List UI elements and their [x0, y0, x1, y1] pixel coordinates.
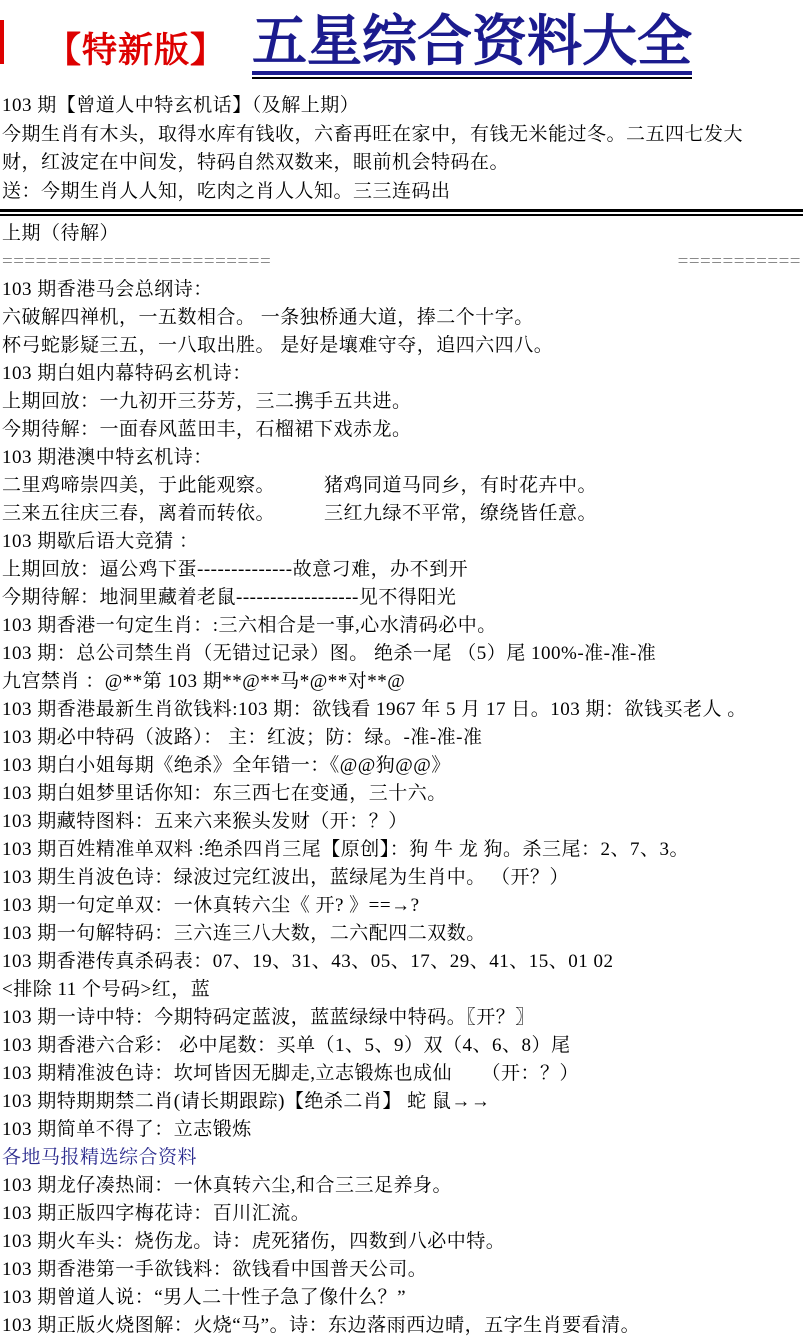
body-line: 103 期香港最新生肖欲钱料:103 期：欲钱看 1967 年 5 月 17 日…	[0, 696, 803, 724]
body-line: 九宫禁肖 ：@**第 103 期**@**马*@**对**@	[0, 668, 803, 696]
edition-badge: 【特新版】	[46, 23, 226, 73]
body-line: 103 期曾道人说：“男人二十性子急了像什么？”	[0, 1284, 803, 1312]
body-line: 103 期港澳中特玄机诗：	[0, 444, 803, 472]
body-line: 103 期正版四字梅花诗：百川汇流。	[0, 1200, 803, 1228]
red-accent-bar	[0, 20, 4, 64]
body-line: 103 期一句定单双：一休真转六尘《 开? 》==→?	[0, 892, 803, 920]
body-line: 103 期精准波色诗：坎坷皆因无脚走,立志锻炼也成仙 （开：？）	[0, 1060, 803, 1088]
body-line: 上期回放：一九初开三芬芳，三二携手五共进。	[0, 388, 803, 416]
body-line: 二里鸡啼崇四美，于此能观察。 猪鸡同道马同乡，有时花卉中。	[0, 472, 803, 500]
body-line: 今期待解：一面春风蓝田丰，石榴裙下戏赤龙。	[0, 416, 803, 444]
body-line: 103 期龙仔凑热闹：一休真转六尘,和合三三足养身。	[0, 1172, 803, 1200]
body-line: 103 期香港一句定生肖：:三六相合是一事,心水清码必中。	[0, 612, 803, 640]
equals-divider: ======================== ===========	[0, 248, 803, 276]
body-line: <排除 11 个号码>红，蓝	[0, 976, 803, 1004]
body-line: 103 期白小姐每期《绝杀》全年错一：《@@狗@@》	[0, 752, 803, 780]
intro-line: 今期生肖有木头，取得水库有钱收，六畜再旺在家中，有钱无米能过冬。二五四七发大	[0, 121, 803, 150]
body-line: 103 期香港第一手欲钱料：欲钱看中国普天公司。	[0, 1256, 803, 1284]
body-line: 103 期香港马会总纲诗：	[0, 276, 803, 304]
body-line: 六破解四禅机，一五数相合。 一条独桥通大道，捧二个十字。	[0, 304, 803, 332]
body-line: 103 期百姓精准单双料 :绝杀四肖三尾【原创】：狗 牛 龙 狗。杀三尾：2、7…	[0, 836, 803, 864]
body-line: 103 期火车头：烧伤龙。诗：虎死猪伤，四数到八必中特。	[0, 1228, 803, 1256]
pending-label: 上期（待解）	[0, 220, 803, 248]
body-line: 103 期一句解特码：三六连三八大数，二六配四二双数。	[0, 920, 803, 948]
body-line: 103 期：总公司禁生肖（无错过记录）图。 绝杀一尾 （5）尾 100%-准-准…	[0, 640, 803, 668]
page-title-underline: 五星综合资料大全	[252, 13, 692, 80]
body-line: 103 期正版火烧图解：火烧“马”。诗：东边落雨西边晴，五字生肖要看清。	[0, 1312, 803, 1340]
body-line: 上期回放：逼公鸡下蛋--------------故意刁难，办不到开	[0, 556, 803, 584]
section-heading-regional: 各地马报精选综合资料	[0, 1144, 803, 1172]
body-section: 103 期香港马会总纲诗： 六破解四禅机，一五数相合。 一条独桥通大道，捧二个十…	[0, 276, 803, 1340]
equals-left: ========================	[2, 248, 271, 276]
body-line: 103 期特期期禁二肖(请长期跟踪)【绝杀二肖】 蛇 鼠→→	[0, 1088, 803, 1116]
body-line: 103 期歇后语大竞猜 ：	[0, 528, 803, 556]
double-divider	[0, 209, 803, 216]
body-line: 103 期白姐梦里话你知：东三西七在变通，三十六。	[0, 780, 803, 808]
body-line: 103 期香港传真杀码表：07、19、31、43、05、17、29、41、15、…	[0, 948, 803, 976]
body-line: 三来五往庆三春，离着而转依。 三红九绿不平常，缭绕皆任意。	[0, 500, 803, 528]
lottery-info-page: 【特新版】 五星综合资料大全 103 期【曾道人中特玄机话】（及解上期） 今期生…	[0, 0, 803, 1340]
intro-line: 送：今期生肖人人知，吃肉之肖人人知。三三连码出	[0, 178, 803, 207]
body-line: 103 期必中特码（波路）： 主：红波；防：绿。-准-准-准	[0, 724, 803, 752]
body-line: 103 期白姐内幕特码玄机诗：	[0, 360, 803, 388]
intro-section: 103 期【曾道人中特玄机话】（及解上期） 今期生肖有木头，取得水库有钱收，六畜…	[0, 92, 803, 206]
body-line: 103 期生肖波色诗：绿波过完红波出，蓝绿尾为生肖中。 （开？）	[0, 864, 803, 892]
body-line: 103 期香港六合彩： 必中尾数：买单（1、5、9）双（4、6、8）尾	[0, 1032, 803, 1060]
intro-line: 财，红波定在中间发，特码自然双数来，眼前机会特码在。	[0, 149, 803, 178]
intro-line: 103 期【曾道人中特玄机话】（及解上期）	[0, 92, 803, 121]
page-title: 五星综合资料大全	[252, 13, 692, 76]
body-line: 103 期一诗中特：今期特码定蓝波，蓝蓝绿绿中特码。〖开？〗	[0, 1004, 803, 1032]
body-line: 杯弓蛇影疑三五，一八取出胜。 是好是壤难守夺，追四六四八。	[0, 332, 803, 360]
body-line: 103 期藏特图料：五来六来猴头发财（开：？）	[0, 808, 803, 836]
body-line: 103 期简单不得了：立志锻炼	[0, 1116, 803, 1144]
page-header: 【特新版】 五星综合资料大全	[0, 0, 803, 92]
body-line: 今期待解：地洞里藏着老鼠------------------见不得阳光	[0, 584, 803, 612]
equals-right: ===========	[678, 248, 801, 276]
